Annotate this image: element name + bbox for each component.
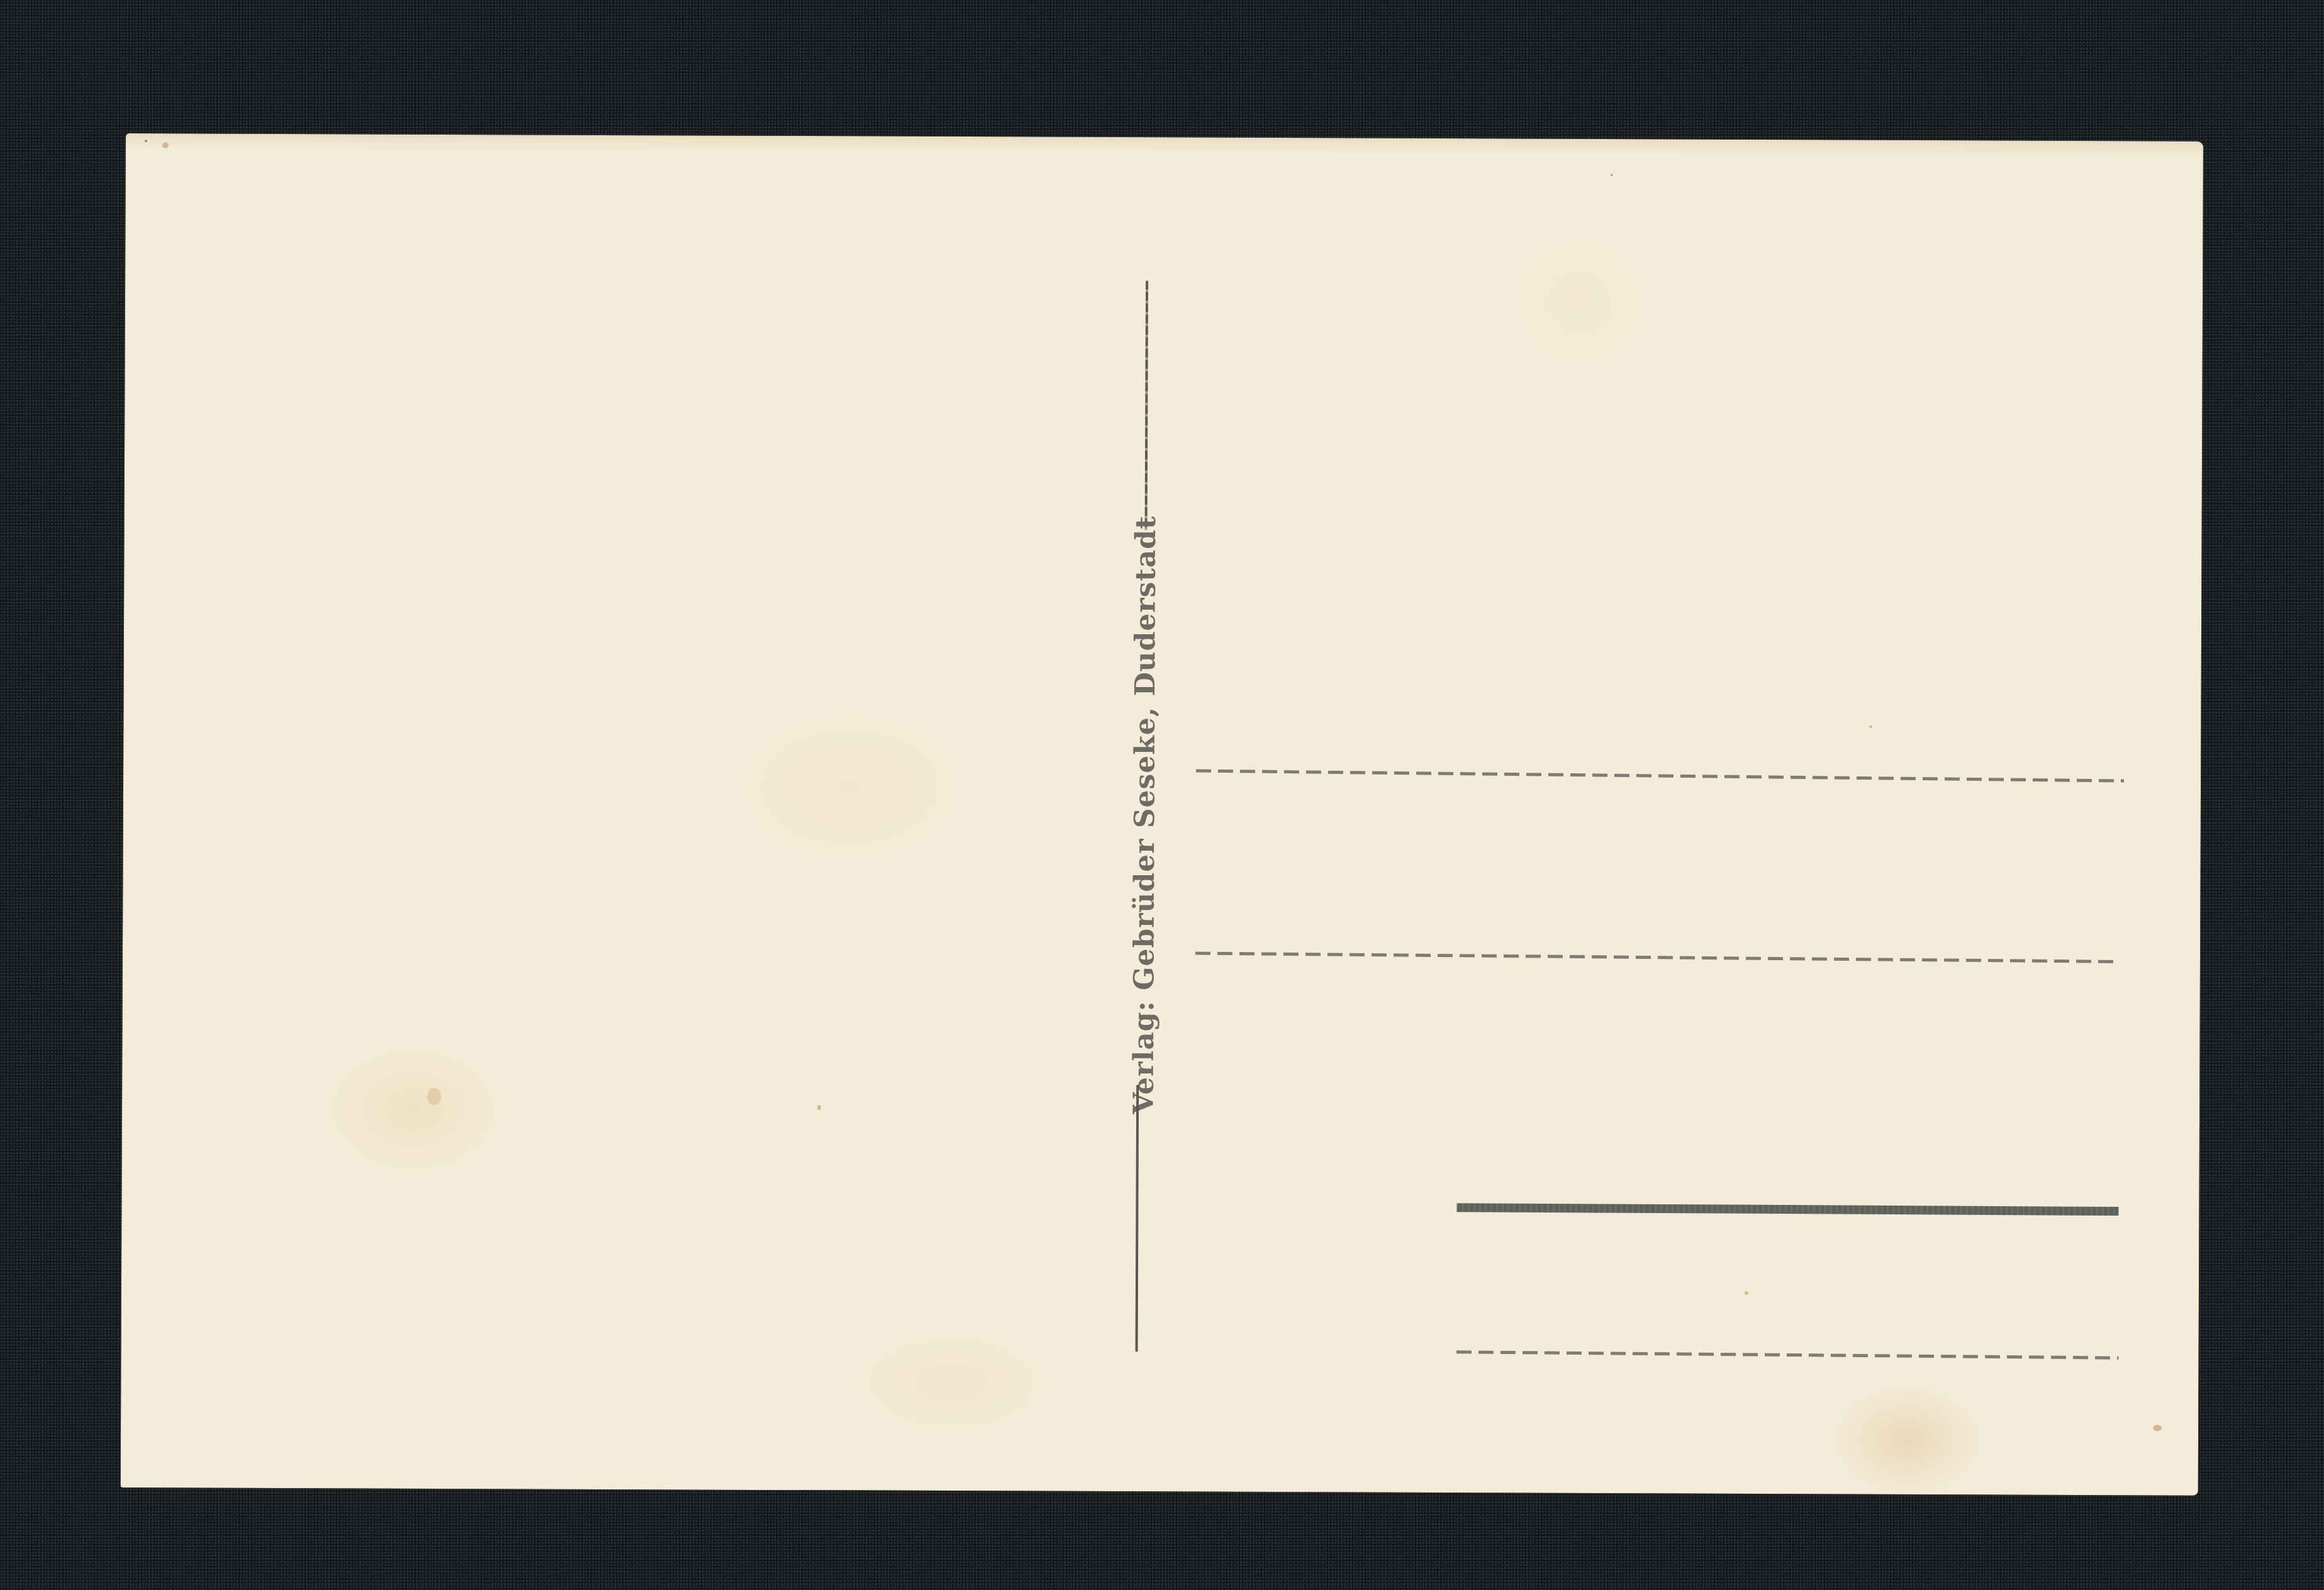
- postcard-back: Verlag: Gebrüder Seseke, Duderstadt: [121, 133, 2203, 1496]
- foxing-spot: [1745, 1291, 1748, 1295]
- publisher-imprint: Verlag: Gebrüder Seseke, Duderstadt: [1128, 516, 1163, 1114]
- foxing-spot: [427, 1088, 441, 1106]
- foxing-spot: [145, 140, 147, 142]
- center-divider-upper: [1145, 281, 1149, 530]
- address-line-1: [1196, 770, 2124, 783]
- center-divider-lower: [1136, 1085, 1139, 1352]
- foxing-spot: [2153, 1425, 2162, 1431]
- foxing-spot: [1869, 725, 1872, 729]
- bleed-through-text: [876, 1400, 1568, 1440]
- address-line-3-heavy: [1456, 1203, 2118, 1216]
- foxing-spot: [1611, 174, 1613, 176]
- address-line-2: [1195, 952, 2120, 963]
- address-line-4: [1456, 1350, 2119, 1360]
- foxing-spot: [817, 1105, 821, 1110]
- foxing-spot: [162, 142, 169, 148]
